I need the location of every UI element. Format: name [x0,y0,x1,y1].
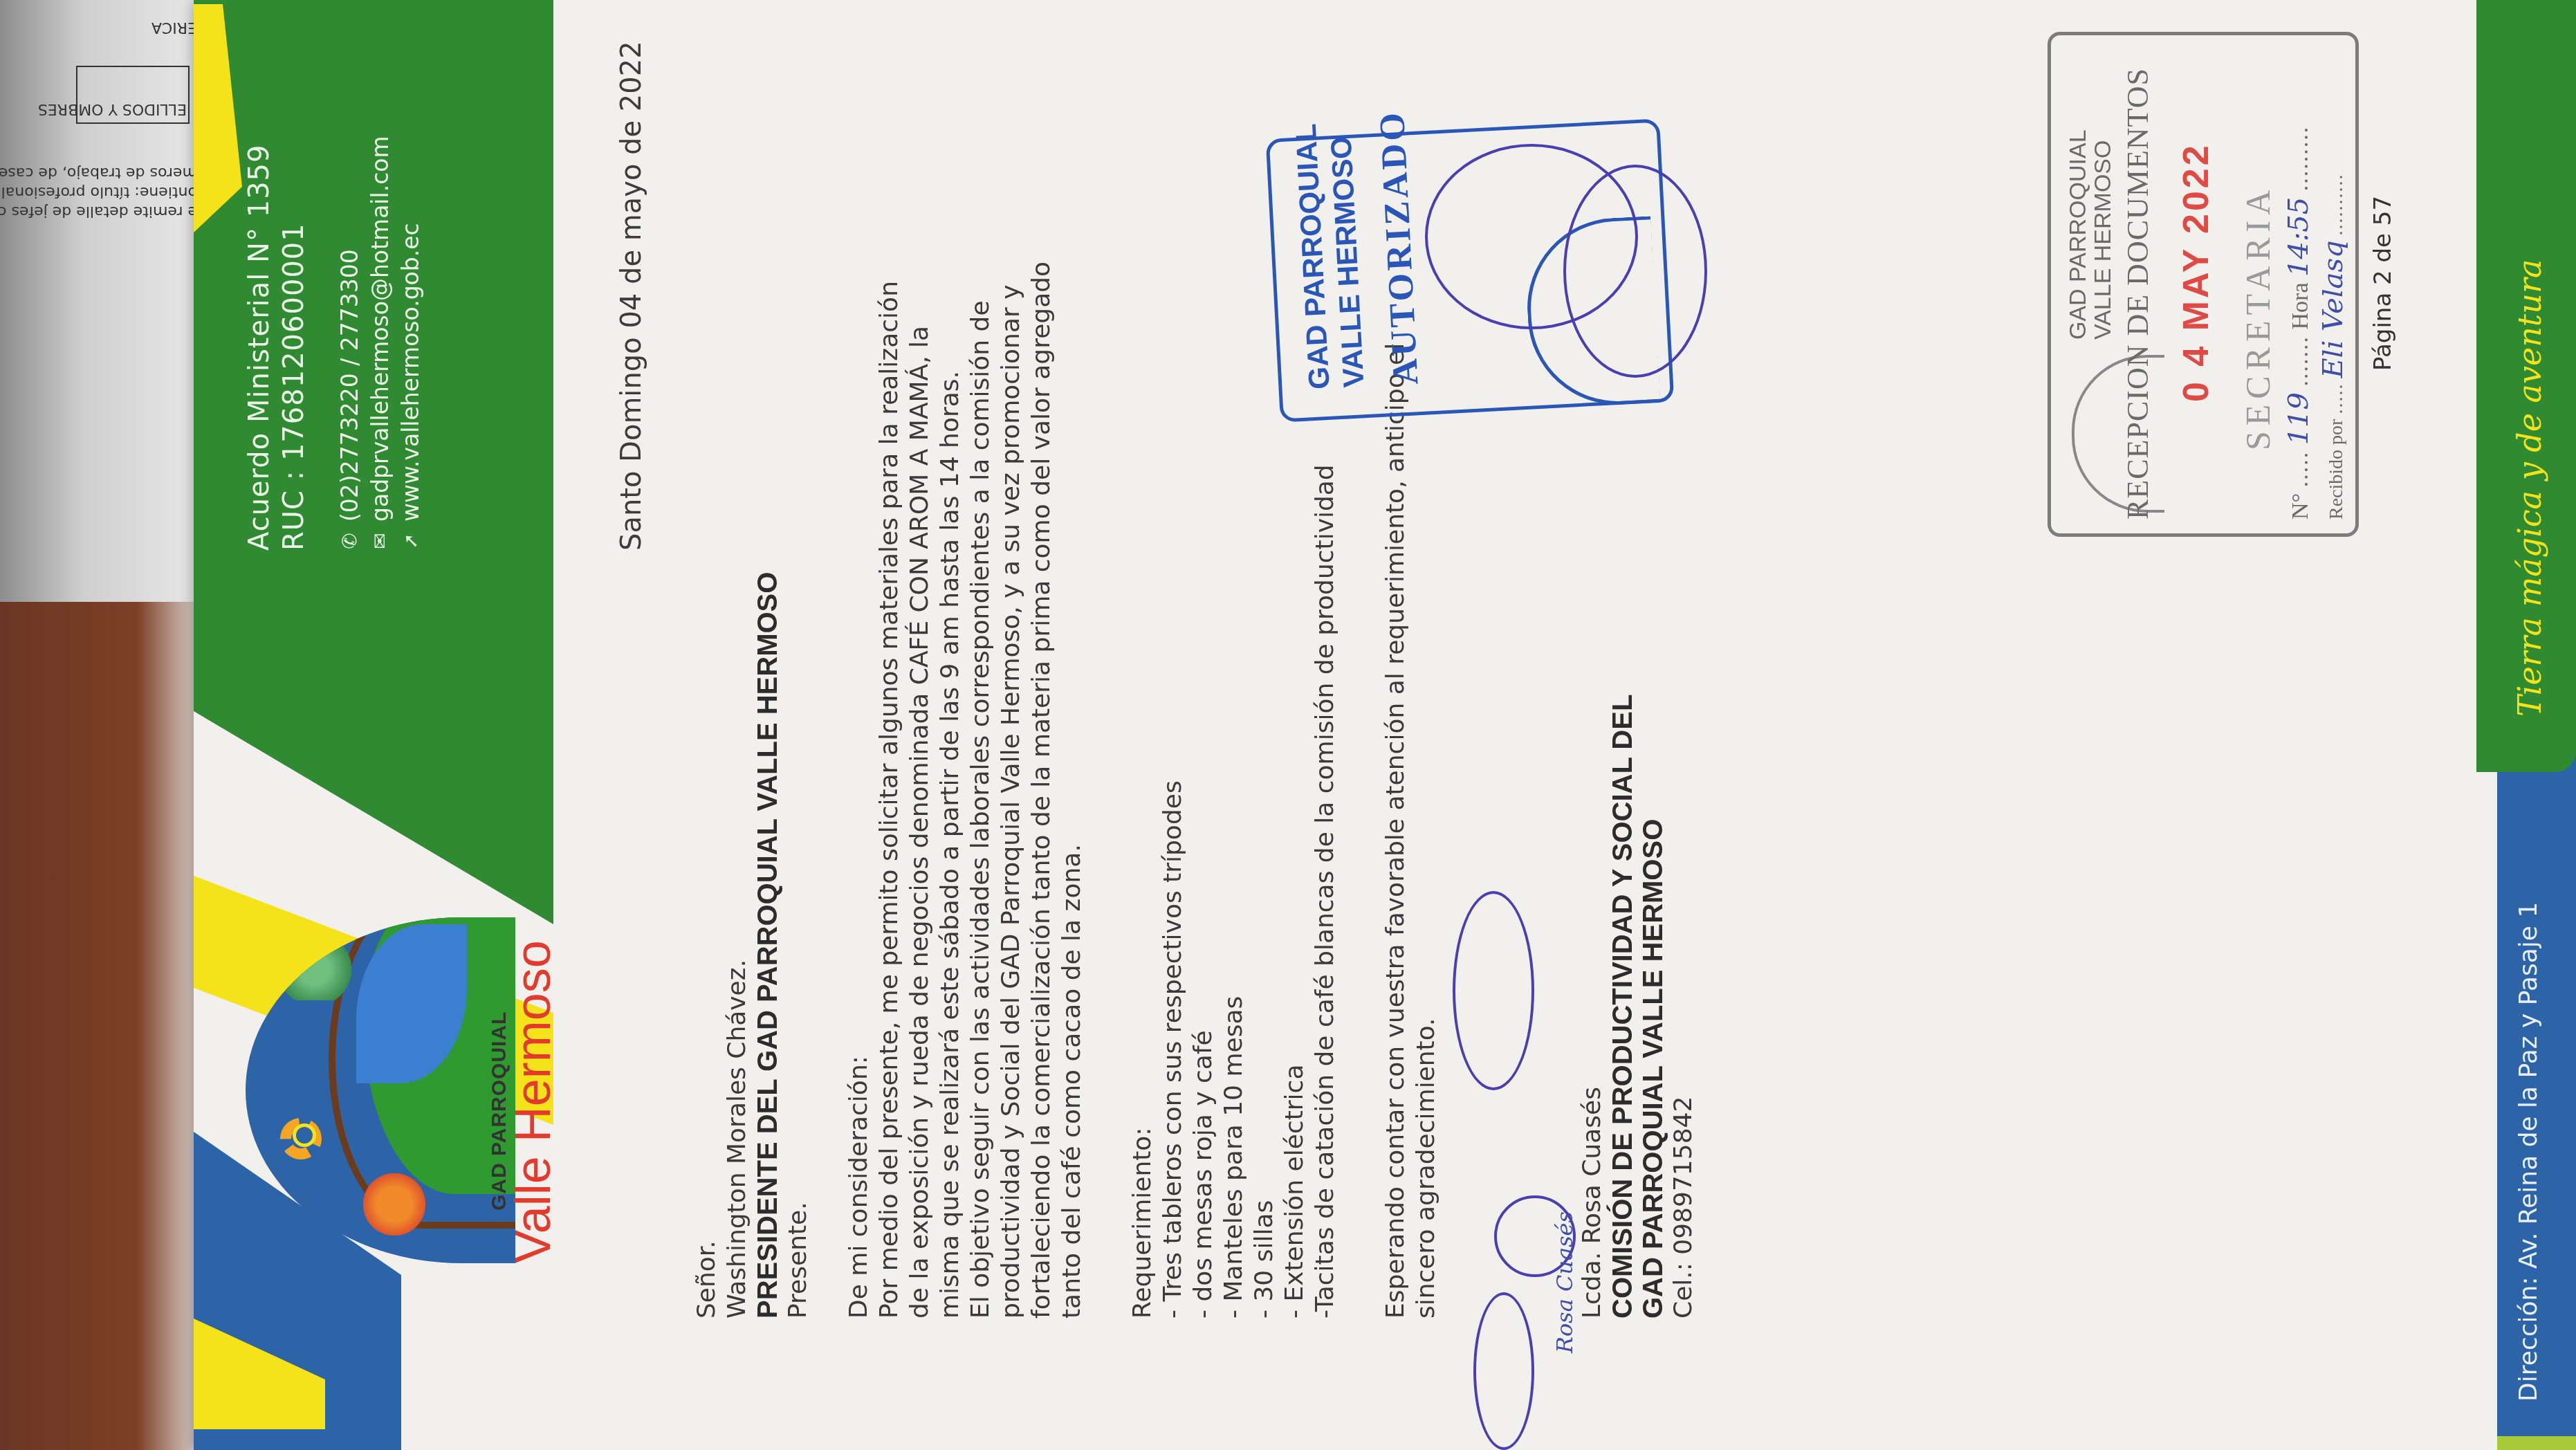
stamp-number-row: N° ..... 119 ....... Hora 14:55 ........… [2283,126,2315,520]
requirement-item: - 30 sillas [1249,1200,1280,1319]
requirements-title: Requerimiento: [1128,1128,1158,1319]
signature-loop [1473,1292,1534,1450]
signer-org-line2: GAD PARROQUIAL VALLE HERMOSO [1638,819,1668,1319]
envelope-icon: ✉ [365,531,396,551]
stamp-date: 0 4 MAY 2022 [2175,143,2217,402]
logo: GAD PARROQUIAL Valle Hermoso [246,917,522,1277]
greeting: De mi consideración: [844,1056,874,1319]
underlying-text-line: meros de trabajo, de case [0,164,197,181]
authorization-signature [1563,165,1707,378]
signer-org-line1: COMISIÓN DE PRODUCTIVIDAD Y SOCIAL DEL [1608,695,1638,1319]
body-line: tanto del café como cacao de la zona. [1057,844,1087,1319]
phone-icon: ✆ [335,531,365,551]
acuerdo-ministerial: Acuerdo Ministerial N° 1359 [242,136,277,551]
phone-number: (02)2773220 / 2773300 [335,249,365,522]
underlying-text-partial: ERICA [151,19,197,36]
website-link[interactable]: www.vallehermoso.gob.ec [396,223,426,522]
stamp-line3: RECEPCION DE DOCUMENTOS [2120,68,2155,520]
contact-website: ➚ www.vallehermoso.gob.ec [396,136,426,551]
reception-stamp: GAD PARROQUIAL VALLE HERMOSO RECEPCION D… [2048,32,2359,537]
recipient-name: Washington Morales Chávez. [722,960,753,1319]
flower-icon [363,1173,425,1236]
logo-name: Valle Hermoso [508,940,558,1263]
stamp-authorized-status: AUTORIZADO [1372,109,1427,386]
number-value: 119 [2283,392,2315,445]
body-line: fortaleciendo la comercialización tanto … [1027,261,1057,1319]
body-line: El objetivo seguir con las actividades l… [966,300,996,1319]
requirement-item: - dos mesas roja y café [1188,1030,1219,1319]
received-label: Recibido por [2326,419,2347,520]
tree-icon [273,938,356,1000]
body-line: Por medio del presente, me permito solic… [874,281,905,1319]
footer-address: Dirección: Av. Reina de la Paz y Pasaje … [2514,902,2543,1402]
letter-page: GAD PARROQUIAL Valle Hermoso Acuerdo Min… [194,0,2576,1450]
logo-emblem [246,917,515,1263]
stamp-received-row: Recibido por ..... Eli Velasq .......... [2317,173,2349,520]
closing-line: Esperando contar con vuestra favorable a… [1381,343,1411,1319]
requirement-item: - Extensión eléctrica [1280,1065,1310,1319]
stamp-secretaria: SECRETARIA [2238,185,2278,450]
underlying-text-line: e remite detalle de jefes c [0,203,197,220]
contact-email: ✉ gadprvallehermoso@hotmail.com [365,136,396,551]
letter-date: Santo Domingo 04 de mayo de 2022 [616,41,647,551]
ruc: RUC : 1768120600001 [277,136,311,551]
recipient-title: PRESIDENTE DEL GAD PARROQUIAL VALLE HERM… [753,572,783,1319]
contact-phone: ✆ (02)2773220 / 2773300 [335,136,365,551]
requirement-item: - Manteles para 10 mesas [1219,996,1249,1319]
underlying-document: ELLIDOS Y OMBRES e remite detalle de jef… [0,0,208,602]
email-address[interactable]: gadprvallehermoso@hotmail.com [365,136,396,522]
hora-label: Hora [2288,283,2313,330]
signer-name: Lcda. Rosa Cuasés [1577,1087,1608,1319]
handwritten-signature: Rosa Cuasés [1549,1211,1580,1353]
underlying-text-line: ontiene: título profesional, [0,183,197,201]
hora-value: 14:55 [2283,197,2315,277]
closing-line: sincero agradecimiento. [1411,1018,1442,1319]
body-line: productividad y Social del GAD Parroquia… [996,285,1027,1319]
body-line: misma que se realizará este sábado a par… [935,371,966,1319]
header-info: Acuerdo Ministerial N° 1359 RUC : 176812… [242,136,426,551]
signature-loop [1453,891,1534,1090]
salutation: Señor. [692,1240,722,1319]
body-line: de la exposición y rueda de negocios den… [905,326,935,1319]
page-number: Página 2 de 57 [2369,196,2397,371]
number-label: N° [2288,493,2313,520]
presente: Presente. [783,1202,813,1319]
requirement-item: -Tacitas de catación de café blancas de … [1310,464,1341,1319]
footer-slogan: Tierra mágica y de aventura [2511,259,2548,717]
requirement-item: - Tres tableros con sus respectivos tríp… [1158,780,1188,1319]
signer-phone: Cel.: 0989715842 [1668,1096,1699,1319]
stamp-line1: GAD PARROQUIAL [2065,129,2092,340]
underlying-table-header: ELLIDOS Y OMBRES [38,100,187,118]
cursor-arrow-icon: ➚ [396,531,426,551]
stamp-line2: VALLE HERMOSO [2090,140,2117,340]
received-value: Eli Velasq [2317,240,2349,378]
